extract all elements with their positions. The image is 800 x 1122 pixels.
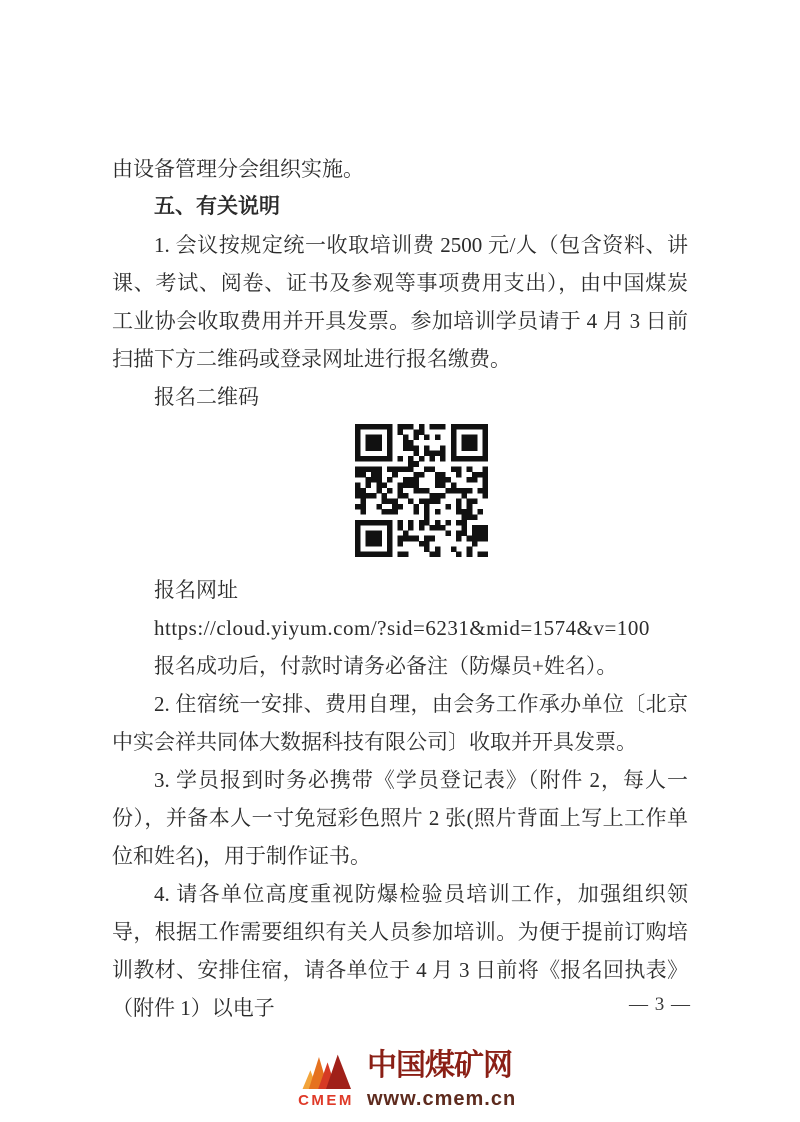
site-name: 中国煤矿网 [367, 1044, 516, 1088]
qr-section [112, 416, 688, 571]
document-page: 由设备管理分会组织实施。 五、有关说明 1. 会议按规定统一收取培训费 2500… [0, 0, 800, 1122]
qr-code-icon [355, 424, 488, 557]
cmem-acronym: CMEM [298, 1092, 354, 1110]
qr-code [355, 424, 488, 557]
registration-url: https://cloud.yiyum.com/?sid=6231&mid=15… [112, 609, 688, 647]
mountain-logo-icon [301, 1051, 351, 1091]
section-heading: 五、有关说明 [112, 188, 688, 226]
url-label: 报名网址 [112, 571, 688, 609]
paragraph-2: 2. 住宿统一安排、费用自理，由会务工作承办单位〔北京中实会祥共同体大数据科技有… [112, 685, 688, 761]
footer-logo-left: CMEM [294, 1051, 358, 1110]
site-url: www.cmem.cn [367, 1088, 516, 1110]
paragraph-3: 3. 学员报到时务必携带《学员登记表》（附件 2，每人一份），并备本人一寸免冠彩… [112, 761, 688, 875]
paragraph-1: 1. 会议按规定统一收取培训费 2500 元/人（包含资料、讲课、考试、阅卷、证… [112, 226, 688, 378]
footer-logo: CMEM 中国煤矿网 www.cmem.cn [294, 1044, 516, 1110]
footer-logo-right: 中国煤矿网 www.cmem.cn [367, 1044, 516, 1110]
intro-line: 由设备管理分会组织实施。 [112, 150, 688, 188]
paragraph-4: 4. 请各单位高度重视防爆检验员培训工作，加强组织领导，根据工作需要组织有关人员… [112, 875, 688, 1027]
qr-code-label: 报名二维码 [112, 378, 688, 416]
note-line: 报名成功后，付款时请务必备注（防爆员+姓名）。 [112, 647, 688, 685]
document-body: 由设备管理分会组织实施。 五、有关说明 1. 会议按规定统一收取培训费 2500… [112, 150, 688, 1027]
page-number: — 3 — [629, 994, 691, 1016]
